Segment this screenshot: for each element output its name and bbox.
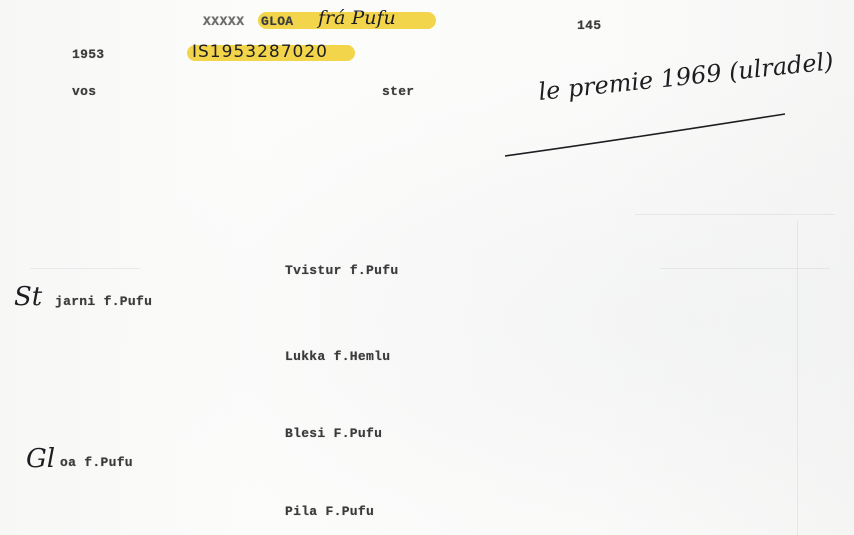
- document-page: XXXXX GLOA frá Pufu IS1953287020 145 195…: [0, 0, 854, 535]
- paternal-grandsire: Tvistur f.Pufu: [285, 263, 398, 278]
- label-left: vos: [72, 84, 96, 99]
- dam-prefix-handwritten: Gl: [26, 444, 55, 474]
- maternal-grandsire: Blesi F.Pufu: [285, 426, 382, 441]
- horse-name-typed: GLOA: [261, 14, 293, 29]
- page-number: 145: [577, 18, 601, 33]
- label-right: ster: [382, 84, 414, 99]
- show-through-line: [660, 268, 830, 269]
- dam-name: oa f.Pufu: [60, 455, 133, 470]
- show-through-line: [30, 268, 140, 269]
- handwritten-underline: [500, 100, 800, 160]
- sire-prefix-handwritten: St: [14, 282, 42, 312]
- show-through-line: [797, 220, 798, 535]
- sire-name: jarni f.Pufu: [55, 294, 152, 309]
- horse-name-handwritten: frá Pufu: [318, 7, 396, 29]
- show-through-line: [635, 214, 835, 215]
- paternal-granddam: Lukka f.Hemlu: [285, 349, 390, 364]
- registration-number: IS1953287020: [192, 42, 328, 62]
- maternal-granddam: Pila F.Pufu: [285, 504, 374, 519]
- struck-prefix: XXXXX: [203, 14, 245, 29]
- handwritten-note: le premie 1969 (ulradel): [537, 47, 835, 106]
- birth-year: 1953: [72, 47, 104, 62]
